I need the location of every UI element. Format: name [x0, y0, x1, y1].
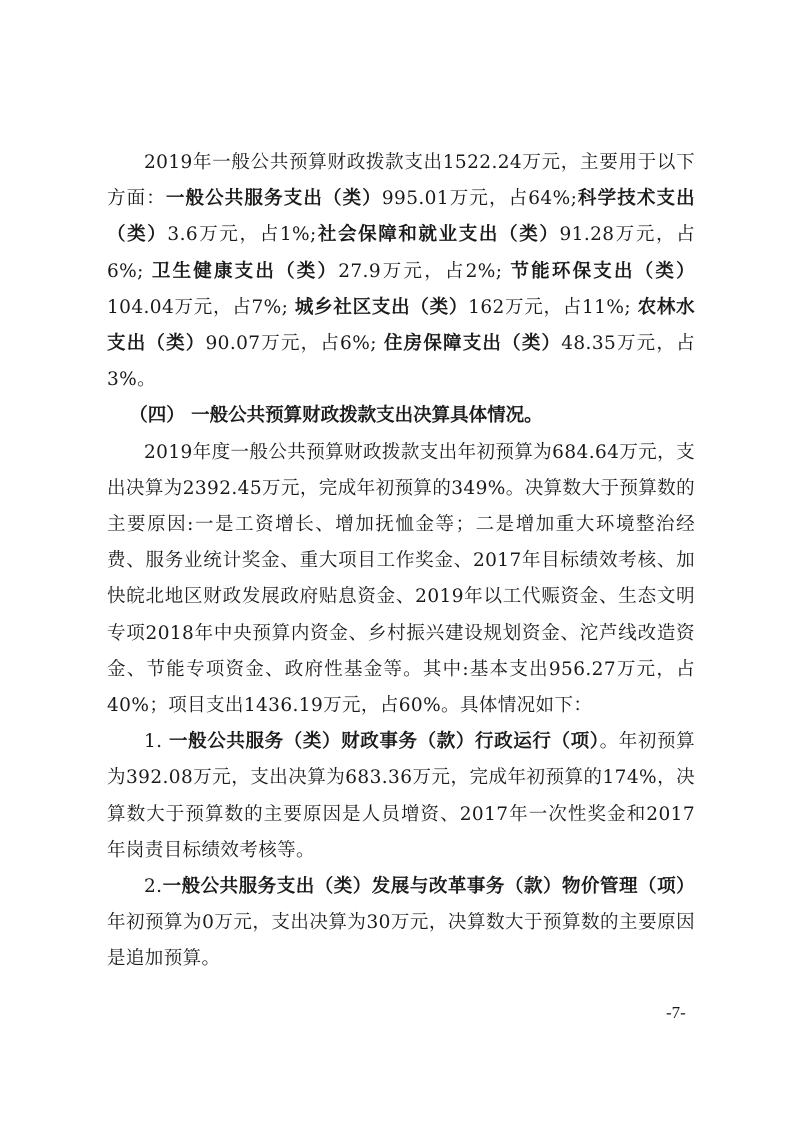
document-page: 2019年一般公共预算财政拨款支出1522.24万元，主要用于以下方面：一般公共…: [107, 145, 695, 978]
expenditure-summary-paragraph: 2019年一般公共预算财政拨款支出1522.24万元，主要用于以下方面：一般公共…: [107, 145, 695, 398]
category-label: 城乡社区支出（类）: [295, 297, 468, 318]
item-text: 年初预算为0万元，支出决算为30万元，决算数大于预算数的主要原因是追加预算。: [107, 912, 695, 969]
item-2-paragraph: 2.一般公共服务支出（类）发展与改革事务（款）物价管理（项）年初预算为0万元，支…: [107, 869, 695, 978]
budget-detail-paragraph: 2019年度一般公共预算财政拨款支出年初预算为684.64万元，支出决算为239…: [107, 435, 695, 725]
category-value: 104.04万元，占7%;: [107, 297, 295, 318]
item-number: 1.: [144, 731, 169, 752]
category-value: 27.9万元，占2%;: [338, 261, 510, 282]
item-title: 一般公共服务支出（类）发展与改革事务（款）物价管理（项）: [162, 876, 695, 897]
category-label: 卫生健康支出（类）: [152, 261, 338, 282]
category-value: 995.01万元，占64%;: [382, 188, 577, 209]
category-label: 节能环保支出（类）: [510, 261, 695, 282]
category-value: 162万元，占11%;: [468, 297, 637, 318]
page-number: -7-: [666, 1003, 686, 1023]
category-value: 90.07万元，占6%;: [206, 333, 384, 354]
category-label: 住房保障支出（类）: [384, 333, 561, 354]
item-number: 2.: [144, 876, 162, 897]
category-label: 一般公共服务支出（类）: [166, 188, 382, 209]
category-value: 3.6万元，占1%;: [167, 224, 316, 245]
category-label: 社会保障和就业支出（类）: [317, 224, 560, 245]
item-title: 一般公共服务（类）财政事务（款）行政运行（项）: [169, 731, 600, 752]
section-heading: （四） 一般公共预算财政拨款支出决算具体情况。: [107, 398, 695, 434]
item-1-paragraph: 1. 一般公共服务（类）财政事务（款）行政运行（项）。年初预算为392.08万元…: [107, 724, 695, 869]
